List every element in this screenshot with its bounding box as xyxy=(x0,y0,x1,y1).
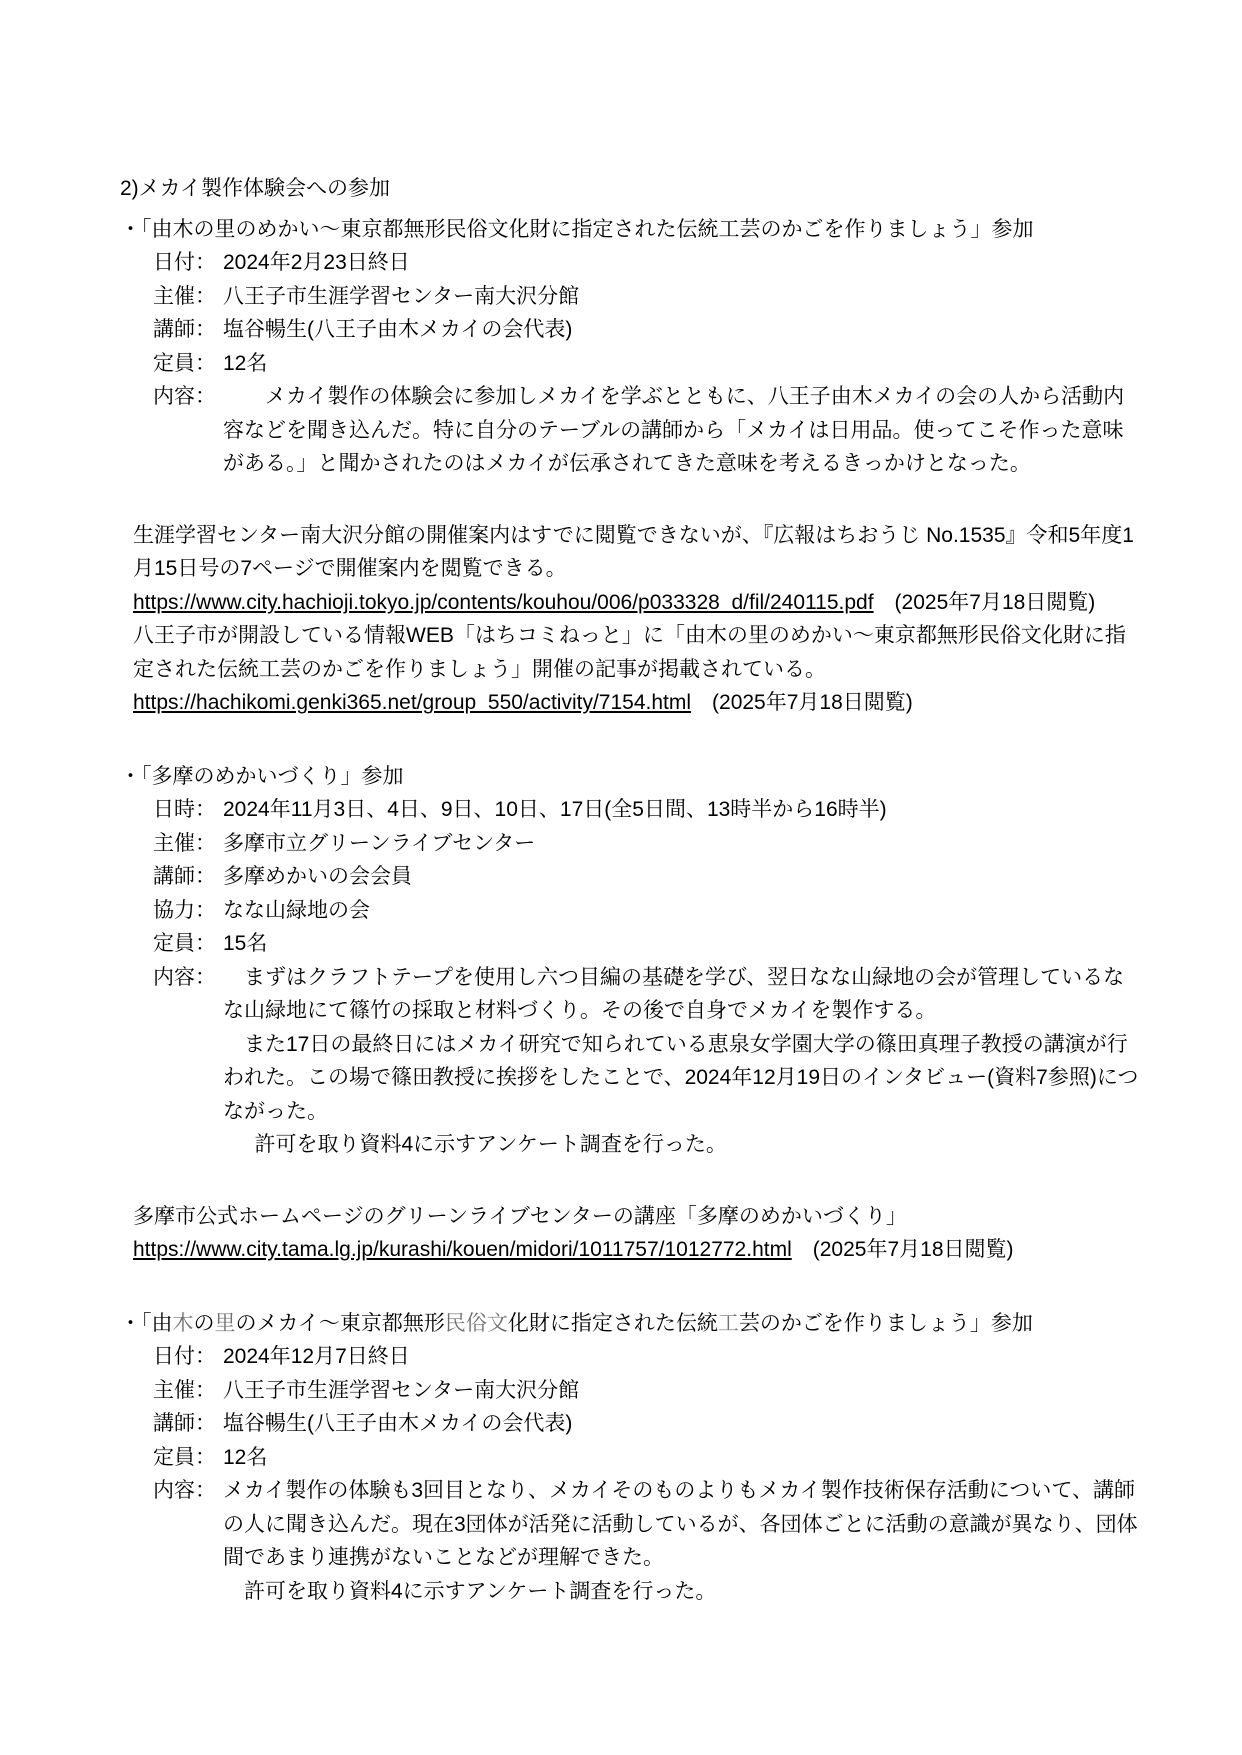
detail-label: 内容： xyxy=(153,380,223,481)
detail-value: なな山緑地の会 xyxy=(223,894,1144,928)
document-page: 2)メカイ製作体験会への参加 ・「由木の里のめかい～東京都無形民俗文化財に指定さ… xyxy=(120,172,1144,1608)
note-link-line: https://www.city.hachioji.tokyo.jp/conte… xyxy=(133,586,1141,620)
content-body: まずはクラフトテープを使用し六つ目編の基礎を学び、翌日なな山緑地の会が管理してい… xyxy=(223,961,1144,1162)
note-text: 多摩市公式ホームページのグリーンライブセンターの講座「多摩のめかいづくり」 xyxy=(133,1200,1141,1234)
content-paragraph: 許可を取り資料4に示すアンケート調査を行った。 xyxy=(223,1575,1144,1609)
entry-heading-run: 里 xyxy=(215,1311,236,1335)
content-body: メカイ製作の体験も3回目となり、メカイそのものよりもメカイ製作技術保存活動につい… xyxy=(223,1474,1144,1608)
detail-value: 2024年12月7日終日 xyxy=(223,1340,1144,1374)
note-link-line: https://hachikomi.genki365.net/group_550… xyxy=(133,686,1141,720)
link-url[interactable]: https://www.city.hachioji.tokyo.jp/conte… xyxy=(133,591,874,614)
detail-label: 日付： xyxy=(153,246,223,280)
link-viewed-date: (2025年7月18日閲覧) xyxy=(792,1238,1014,1261)
content-paragraph: まずはクラフトテープを使用し六つ目編の基礎を学び、翌日なな山緑地の会が管理してい… xyxy=(223,961,1144,1028)
entry-notes: 多摩市公式ホームページのグリーンライブセンターの講座「多摩のめかいづくり」 ht… xyxy=(133,1200,1141,1267)
event-entry-2: ・「多摩のめかいづくり」参加 日時： 2024年11月3日、4日、9日、10日、… xyxy=(120,760,1144,1267)
detail-value: 多摩市立グリーンライブセンター xyxy=(223,827,1144,861)
link-viewed-date: (2025年7月18日閲覧) xyxy=(874,591,1096,614)
section-title: 2)メカイ製作体験会への参加 xyxy=(120,172,1144,206)
detail-row-content: 内容： メカイ製作の体験会に参加しメカイを学ぶとともに、八王子由木メカイの会の人… xyxy=(120,380,1144,481)
detail-row-organizer: 主催： 八王子市生涯学習センター南大沢分館 xyxy=(120,280,1144,314)
link-url[interactable]: https://www.city.tama.lg.jp/kurashi/koue… xyxy=(133,1238,792,1261)
detail-value: 八王子市生涯学習センター南大沢分館 xyxy=(223,280,1144,314)
entry-heading-run: のメカイ～東京都無形 xyxy=(236,1312,445,1335)
detail-row-lecturer: 講師： 塩谷暢生(八王子由木メカイの会代表) xyxy=(120,1407,1144,1441)
entry-notes: 生涯学習センター南大沢分館の開催案内はすでに閲覧できないが、『広報はちおうじ N… xyxy=(133,519,1141,720)
detail-row-date: 日付： 2024年2月23日終日 xyxy=(120,246,1144,280)
link-viewed-date: (2025年7月18日閲覧) xyxy=(691,691,913,714)
detail-row-organizer: 主催： 八王子市生涯学習センター南大沢分館 xyxy=(120,1374,1144,1408)
content-body: メカイ製作の体験会に参加しメカイを学ぶとともに、八王子由木メカイの会の人から活動… xyxy=(223,380,1144,481)
detail-label: 定員： xyxy=(153,347,223,381)
detail-row-date: 日付： 2024年12月7日終日 xyxy=(120,1340,1144,1374)
link-url[interactable]: https://hachikomi.genki365.net/group_550… xyxy=(133,691,691,714)
detail-row-datetime: 日時： 2024年11月3日、4日、9日、10日、17日(全5日間、13時半から… xyxy=(120,793,1144,827)
detail-label: 主催： xyxy=(153,827,223,861)
entry-heading: ・「多摩のめかいづくり」参加 xyxy=(120,760,1144,794)
detail-value: 12名 xyxy=(223,1441,1144,1475)
detail-label: 講師： xyxy=(153,313,223,347)
detail-label: 定員： xyxy=(153,927,223,961)
detail-value: 2024年2月23日終日 xyxy=(223,246,1144,280)
detail-label: 定員： xyxy=(153,1441,223,1475)
detail-label: 協力： xyxy=(153,894,223,928)
detail-row-capacity: 定員： 12名 xyxy=(120,347,1144,381)
detail-label: 日時： xyxy=(153,793,223,827)
detail-row-capacity: 定員： 12名 xyxy=(120,1441,1144,1475)
event-entry-3: ・「由木の里のメカイ～東京都無形民俗文化財に指定された伝統工芸のかごを作りましょ… xyxy=(120,1307,1144,1609)
detail-label: 日付： xyxy=(153,1340,223,1374)
detail-value: 15名 xyxy=(223,927,1144,961)
detail-value: 塩谷暢生(八王子由木メカイの会代表) xyxy=(223,1407,1144,1441)
content-paragraph: メカイ製作の体験会に参加しメカイを学ぶとともに、八王子由木メカイの会の人から活動… xyxy=(223,380,1144,481)
entry-heading: ・「由木の里のメカイ～東京都無形民俗文化財に指定された伝統工芸のかごを作りましょ… xyxy=(120,1307,1144,1341)
detail-row-capacity: 定員： 15名 xyxy=(120,927,1144,961)
detail-row-lecturer: 講師： 多摩めかいの会会員 xyxy=(120,860,1144,894)
entry-heading-run: 工 xyxy=(718,1311,739,1335)
note-link-line: https://www.city.tama.lg.jp/kurashi/koue… xyxy=(133,1233,1141,1267)
detail-value: 八王子市生涯学習センター南大沢分館 xyxy=(223,1374,1144,1408)
detail-value: 12名 xyxy=(223,347,1144,381)
detail-row-content: 内容： メカイ製作の体験も3回目となり、メカイそのものよりもメカイ製作技術保存活… xyxy=(120,1474,1144,1608)
detail-label: 講師： xyxy=(153,860,223,894)
entry-heading-run: の xyxy=(194,1312,215,1335)
detail-row-content: 内容： まずはクラフトテープを使用し六つ目編の基礎を学び、翌日なな山緑地の会が管… xyxy=(120,961,1144,1162)
content-paragraph: メカイ製作の体験も3回目となり、メカイそのものよりもメカイ製作技術保存活動につい… xyxy=(223,1474,1144,1575)
entry-heading-run: 木 xyxy=(173,1311,194,1335)
detail-label: 内容： xyxy=(153,961,223,1162)
note-text: 生涯学習センター南大沢分館の開催案内はすでに閲覧できないが、『広報はちおうじ N… xyxy=(133,519,1141,586)
detail-row-organizer: 主催： 多摩市立グリーンライブセンター xyxy=(120,827,1144,861)
content-paragraph: 許可を取り資料4に示すアンケート調査を行った。 xyxy=(223,1128,1144,1162)
entry-heading-run: 民俗文 xyxy=(445,1311,508,1335)
detail-row-lecturer: 講師： 塩谷暢生(八王子由木メカイの会代表) xyxy=(120,313,1144,347)
entry-heading-run: ・「由 xyxy=(120,1312,173,1335)
detail-label: 講師： xyxy=(153,1407,223,1441)
detail-value: 多摩めかいの会会員 xyxy=(223,860,1144,894)
detail-value: 塩谷暢生(八王子由木メカイの会代表) xyxy=(223,313,1144,347)
detail-label: 主催： xyxy=(153,1374,223,1408)
entry-heading-run: 芸のかごを作りましょう」参加 xyxy=(739,1312,1033,1335)
entry-heading: ・「由木の里のめかい～東京都無形民俗文化財に指定された伝統工芸のかごを作りましょ… xyxy=(120,213,1144,247)
entry-heading-run: 化財に指定された伝統 xyxy=(508,1312,718,1335)
event-entry-1: ・「由木の里のめかい～東京都無形民俗文化財に指定された伝統工芸のかごを作りましょ… xyxy=(120,213,1144,720)
detail-label: 主催： xyxy=(153,280,223,314)
note-text: 八王子市が開設している情報WEB「はちコミねっと」に「由木の里のめかい～東京都無… xyxy=(133,619,1141,686)
detail-row-cooperation: 協力： なな山緑地の会 xyxy=(120,894,1144,928)
content-paragraph: また17日の最終日にはメカイ研究で知られている恵泉女学園大学の篠田真理子教授の講… xyxy=(223,1028,1144,1129)
detail-value: 2024年11月3日、4日、9日、10日、17日(全5日間、13時半から16時半… xyxy=(223,793,1144,827)
detail-label: 内容： xyxy=(153,1474,223,1608)
